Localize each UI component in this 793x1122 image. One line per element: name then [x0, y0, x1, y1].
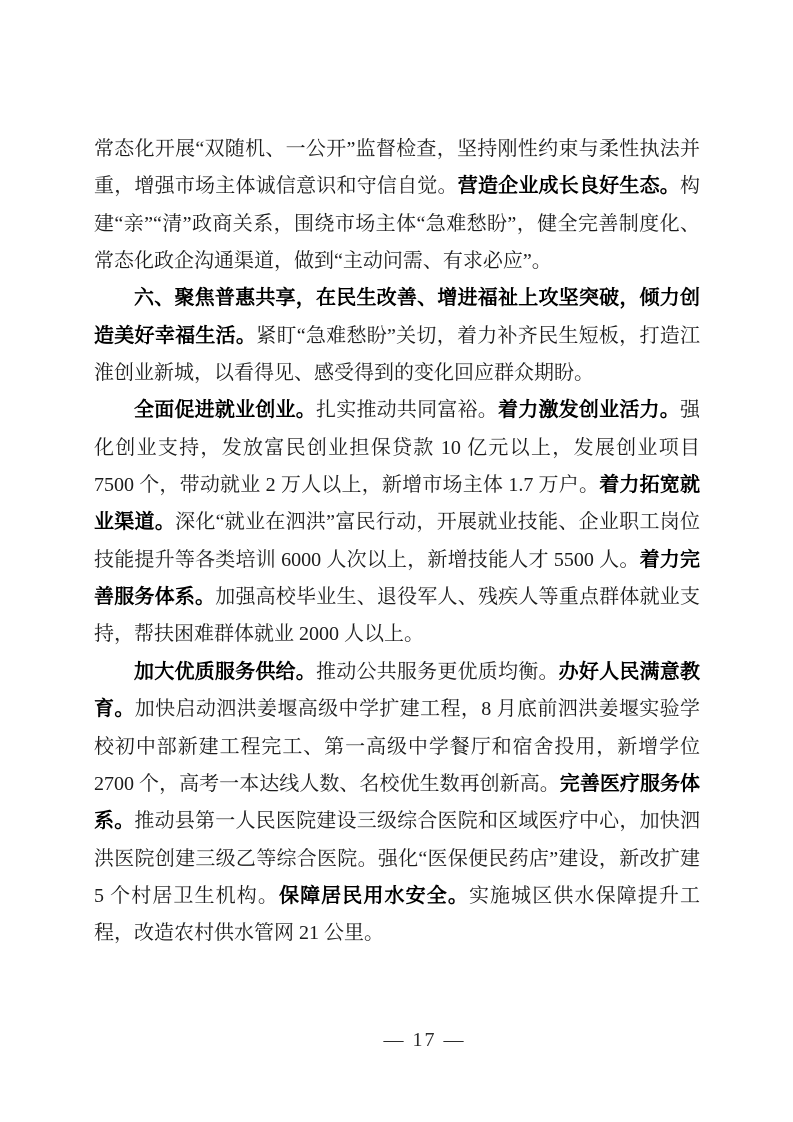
emphasis-text: 保障居民用水安全。 [279, 885, 469, 907]
body-text: 推动公共服务更优质均衡。 [316, 661, 559, 683]
document-body: 常态化开展“双随机、一公开”监督检查，坚持刚性约束与柔性执法并重，增强市场主体诚… [94, 131, 700, 953]
emphasis-text: 着力激发创业活力。 [498, 399, 680, 421]
page-number: — 17 — [56, 1028, 793, 1052]
body-text: 深化“就业在泗洪”富民行动，开展就业技能、企业职工岗位技能提升等各类培训 600… [94, 511, 700, 570]
emphasis-text: 全面促进就业创业。 [134, 399, 316, 421]
paragraph: 全面促进就业创业。扎实推动共同富裕。着力激发创业活力。强化创业支持，发放富民创业… [94, 392, 700, 653]
page: 常态化开展“双随机、一公开”监督检查，坚持刚性约束与柔性执法并重，增强市场主体诚… [0, 0, 793, 1122]
emphasis-text: 加大优质服务供给。 [134, 661, 316, 683]
paragraph: 六、聚焦普惠共享，在民生改善、增进福祉上攻坚突破，倾力创造美好幸福生活。紧盯“急… [94, 280, 700, 392]
emphasis-text: 营造企业成长良好生态。 [458, 175, 680, 197]
body-text: 扎实推动共同富裕。 [316, 399, 498, 421]
paragraph: 加大优质服务供给。推动公共服务更优质均衡。办好人民满意教育。加快启动泗洪姜堰高级… [94, 654, 700, 953]
paragraph: 常态化开展“双随机、一公开”监督检查，坚持刚性约束与柔性执法并重，增强市场主体诚… [94, 131, 700, 280]
